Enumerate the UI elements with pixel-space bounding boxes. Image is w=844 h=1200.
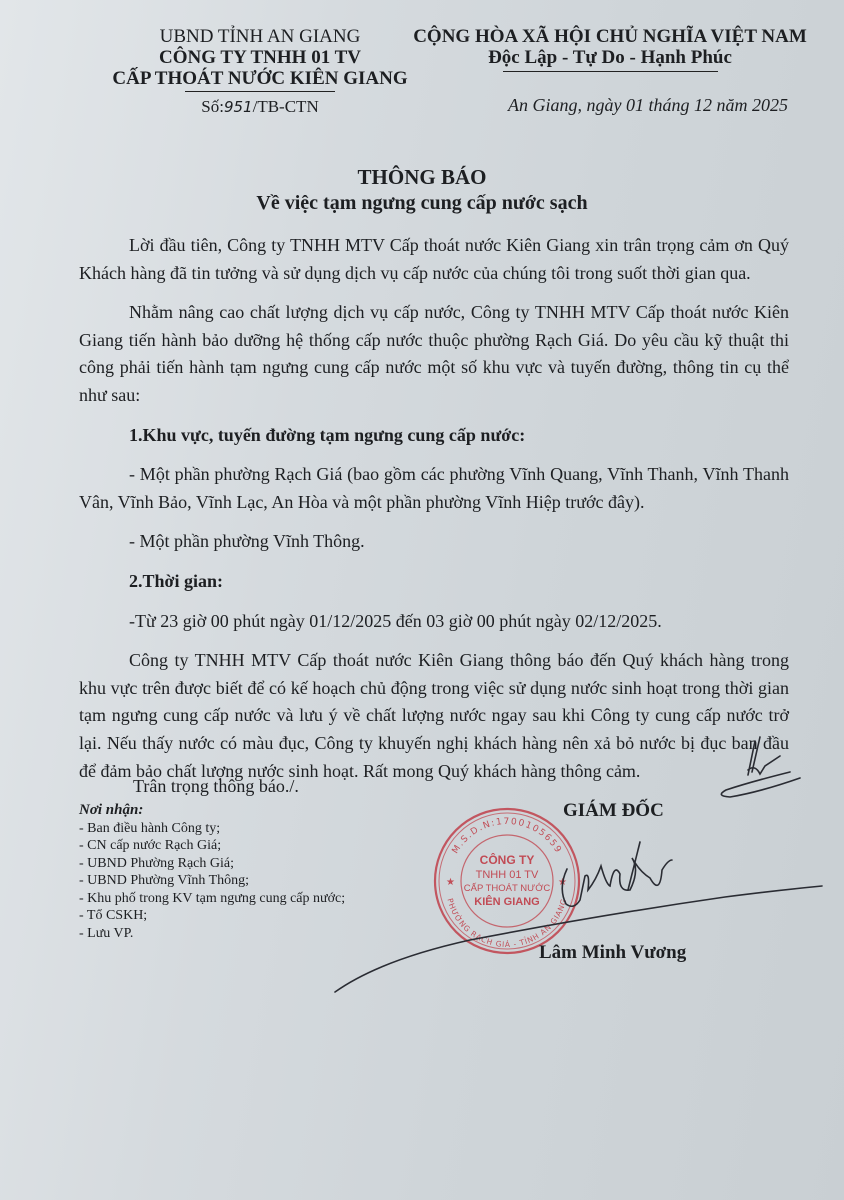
authority-name: UBND TỈNH AN GIANG bbox=[100, 26, 420, 47]
company-name-line2: CẤP THOÁT NƯỚC KIÊN GIANG bbox=[100, 68, 420, 89]
document-date: An Giang, ngày 01 tháng 12 năm 2025 bbox=[508, 95, 788, 116]
issuer-underline bbox=[185, 91, 335, 92]
motto-underline bbox=[503, 71, 718, 72]
section-2-item-1: -Từ 23 giờ 00 phút ngày 01/12/2025 đến 0… bbox=[79, 608, 789, 636]
handwritten-number: 951 bbox=[224, 98, 253, 116]
document-page: UBND TỈNH AN GIANG CÔNG TY TNHH 01 TV CẤ… bbox=[0, 0, 844, 1200]
closing-line: Trân trọng thông báo./. bbox=[133, 776, 299, 797]
national-header: CỘNG HÒA XÃ HỘI CHỦ NGHĨA VIỆT NAM Độc L… bbox=[410, 26, 810, 75]
paragraph-thanks: Lời đầu tiên, Công ty TNHH MTV Cấp thoát… bbox=[79, 232, 789, 287]
svg-text:★: ★ bbox=[558, 877, 567, 888]
paragraph-advice: Công ty TNHH MTV Cấp thoát nước Kiên Gia… bbox=[79, 647, 789, 785]
svg-text:CÔNG TY: CÔNG TY bbox=[480, 852, 535, 867]
recipient-item: - Ban điều hành Công ty; bbox=[79, 820, 345, 838]
recipients-heading: Nơi nhận: bbox=[79, 802, 345, 820]
recipient-item: - UBND Phường Rạch Giá; bbox=[79, 855, 345, 873]
recipient-item: - Tổ CSKH; bbox=[79, 907, 345, 925]
company-name-line1: CÔNG TY TNHH 01 TV bbox=[100, 47, 420, 68]
recipients-block: Nơi nhận: - Ban điều hành Công ty; - CN … bbox=[79, 802, 345, 942]
company-seal-icon: M.S.D.N:1700105659 PHƯỜNG RẠCH GIÁ - TỈN… bbox=[432, 806, 582, 956]
signer-name: Lâm Minh Vương bbox=[539, 942, 686, 964]
svg-text:KIÊN GIANG: KIÊN GIANG bbox=[474, 895, 539, 908]
section-1-item-1: - Một phần phường Rạch Giá (bao gồm các … bbox=[79, 461, 789, 516]
svg-text:★: ★ bbox=[446, 877, 455, 888]
issuer-block: UBND TỈNH AN GIANG CÔNG TY TNHH 01 TV CẤ… bbox=[100, 26, 420, 118]
document-title: THÔNG BÁO Về việc tạm ngưng cung cấp nướ… bbox=[0, 164, 844, 216]
recipient-item: - Lưu VP. bbox=[79, 925, 345, 943]
recipient-item: - CN cấp nước Rạch Giá; bbox=[79, 837, 345, 855]
title-main: THÔNG BÁO bbox=[0, 164, 844, 190]
document-body: Lời đầu tiên, Công ty TNHH MTV Cấp thoát… bbox=[79, 232, 789, 785]
paragraph-purpose: Nhằm nâng cao chất lượng dịch vụ cấp nướ… bbox=[79, 299, 789, 409]
section-2-heading: 2.Thời gian: bbox=[79, 568, 789, 596]
national-motto: Độc Lập - Tự Do - Hạnh Phúc bbox=[410, 47, 810, 68]
svg-text:CẤP THOÁT NƯỚC: CẤP THOÁT NƯỚC bbox=[464, 883, 551, 894]
nation-title: CỘNG HÒA XÃ HỘI CHỦ NGHĨA VIỆT NAM bbox=[410, 26, 810, 47]
recipient-item: - UBND Phường Vĩnh Thông; bbox=[79, 872, 345, 890]
section-1-heading: 1.Khu vực, tuyến đường tạm ngưng cung cấ… bbox=[79, 422, 789, 450]
title-subject: Về việc tạm ngưng cung cấp nước sạch bbox=[0, 190, 844, 216]
svg-text:M.S.D.N:1700105659: M.S.D.N:1700105659 bbox=[451, 817, 564, 856]
section-1-item-2: - Một phần phường Vĩnh Thông. bbox=[79, 528, 789, 556]
svg-text:TNHH 01 TV: TNHH 01 TV bbox=[476, 869, 539, 881]
recipient-item: - Khu phố trong KV tạm ngưng cung cấp nư… bbox=[79, 890, 345, 908]
seal-top-text: M.S.D.N:1700105659 bbox=[451, 817, 564, 856]
document-number: Số:951/TB-CTN bbox=[100, 96, 420, 118]
